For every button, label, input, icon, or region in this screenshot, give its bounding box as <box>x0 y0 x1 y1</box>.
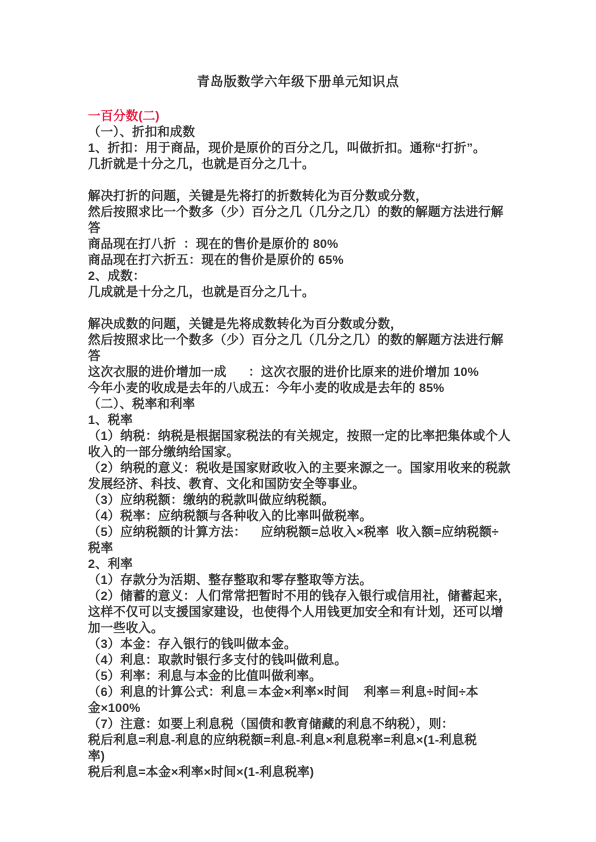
text-line <box>88 172 518 188</box>
text-line: 加一些收入。 <box>88 620 518 636</box>
text-line: 发展经济、科技、教育、文化和国防安全等事业。 <box>88 476 518 492</box>
text-line: 解决成数的问题，关键是先将成数转化为百分数或分数， <box>88 316 518 332</box>
text-line: 商品现在打六折五：现在的售价是原价的 65% <box>88 252 518 268</box>
text-line: （2）储蓄的意义：人们常常把暂时不用的钱存入银行或信用社，储蓄起来， <box>88 588 518 604</box>
text-line: 然后按照求比一个数多（少）百分之几（几分之几）的数的解题方法进行解 <box>88 204 518 220</box>
text-line: 然后按照求比一个数多（少）百分之几（几分之几）的数的解题方法进行解 <box>88 332 518 348</box>
text-line: 答 <box>88 220 518 236</box>
text-line: （7）注意：如要上利息税（国债和教育储藏的利息不纳税），则： <box>88 716 518 732</box>
section-heading: 一百分数(二) <box>88 108 518 124</box>
text-line: （6）利息的计算公式：利息＝本金×利率×时间 利率＝利息÷时间÷本 <box>88 684 518 700</box>
text-line: 2、成数： <box>88 268 518 284</box>
text-line: 今年小麦的收成是去年的八成五：今年小麦的收成是去年的 85% <box>88 380 518 396</box>
text-line <box>88 300 518 316</box>
text-line: （5）利率：利息与本金的比值叫做利率。 <box>88 668 518 684</box>
text-line: （1）存款分为活期、整存整取和零存整取等方法。 <box>88 572 518 588</box>
text-line: （3）应纳税额：缴纳的税款叫做应纳税额。 <box>88 492 518 508</box>
text-line: （4）税率：应纳税额与各种收入的比率叫做税率。 <box>88 508 518 524</box>
text-line: （一）、折扣和成数 <box>88 124 518 140</box>
text-line: （4）利息：取款时银行多支付的钱叫做利息。 <box>88 652 518 668</box>
text-line: 商品现在打八折 ：现在的售价是原价的 80% <box>88 236 518 252</box>
text-line: 率) <box>88 748 518 764</box>
text-line: 税后利息=本金×利率×时间×(1-利息税率) <box>88 764 518 780</box>
text-line: （二）、税率和利率 <box>88 396 518 412</box>
document-page: 青岛版数学六年级下册单元知识点 一百分数(二)（一）、折扣和成数1、折扣：用于商… <box>0 0 596 842</box>
text-line: 税率 <box>88 540 518 556</box>
text-line: 答 <box>88 348 518 364</box>
text-line: 税后利息=利息-利息的应纳税额=利息-利息×利息税率=利息×(1-利息税 <box>88 732 518 748</box>
text-line: 金×100% <box>88 700 518 716</box>
text-line: 1、折扣：用于商品，现价是原价的百分之几，叫做折扣。通称“打折”。 <box>88 140 518 156</box>
text-line: 这次衣服的进价增加一成 ：这次衣服的进价比原来的进价增加 10% <box>88 364 518 380</box>
text-line: （3）本金：存入银行的钱叫做本金。 <box>88 636 518 652</box>
text-line: 解决打折的问题，关键是先将打的折数转化为百分数或分数， <box>88 188 518 204</box>
text-line: 2、利率 <box>88 556 518 572</box>
text-line: （5）应纳税额的计算方法： 应纳税额=总收入×税率 收入额=应纳税额÷ <box>88 524 518 540</box>
document-title: 青岛版数学六年级下册单元知识点 <box>0 71 596 90</box>
document-body: 一百分数(二)（一）、折扣和成数1、折扣：用于商品，现价是原价的百分之几，叫做折… <box>88 108 518 780</box>
text-line: 1、税率 <box>88 412 518 428</box>
text-line: 几折就是十分之几，也就是百分之几十。 <box>88 156 518 172</box>
text-line: （1）纳税：纳税是根据国家税法的有关规定，按照一定的比率把集体或个人 <box>88 428 518 444</box>
text-line: 这样不仅可以支援国家建设，也使得个人用钱更加安全和有计划，还可以增 <box>88 604 518 620</box>
text-line: 几成就是十分之几，也就是百分之几十。 <box>88 284 518 300</box>
text-line: 收入的一部分缴纳给国家。 <box>88 444 518 460</box>
text-line: （2）纳税的意义：税收是国家财政收入的主要来源之一。国家用收来的税款 <box>88 460 518 476</box>
